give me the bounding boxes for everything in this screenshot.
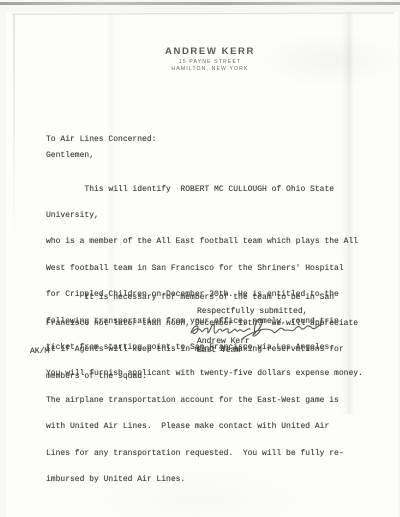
letterhead-name: ANDREW KERR [20,46,400,57]
letter-line: Lines for any transportation requested. … [46,450,363,459]
letter-line: with United Air Lines. Please make conta… [46,423,363,432]
letterhead: ANDREW KERR 15 PAYNE STREET HAMILTON, NE… [20,46,400,72]
letterhead-address-line2: HAMILTON, NEW YORK [20,66,400,73]
paper-left-edge [13,15,15,245]
recipient-line: To Air Lines Concerned: [46,136,156,145]
letter-line: members of the squad. [46,373,358,382]
typed-signature-title: East Team [197,347,240,356]
letter-line: West football team in San Francisco for … [46,265,363,274]
letter-line: University, [46,212,363,221]
letter-line: imbursed by United Air Lines. [46,476,363,485]
letter-line: It is necessary for members of the team … [46,294,358,303]
letter-line: who is a member of the All East football… [46,238,363,247]
typist-initials: AK/M [30,348,49,357]
salutation: Gentlemen, [46,152,94,161]
scanned-letter: ANDREW KERR 15 PAYNE STREET HAMILTON, NE… [0,0,400,517]
letter-line: This will identify ROBERT MC CULLOUGH of… [46,186,363,195]
scanner-edge-strip [0,2,400,5]
